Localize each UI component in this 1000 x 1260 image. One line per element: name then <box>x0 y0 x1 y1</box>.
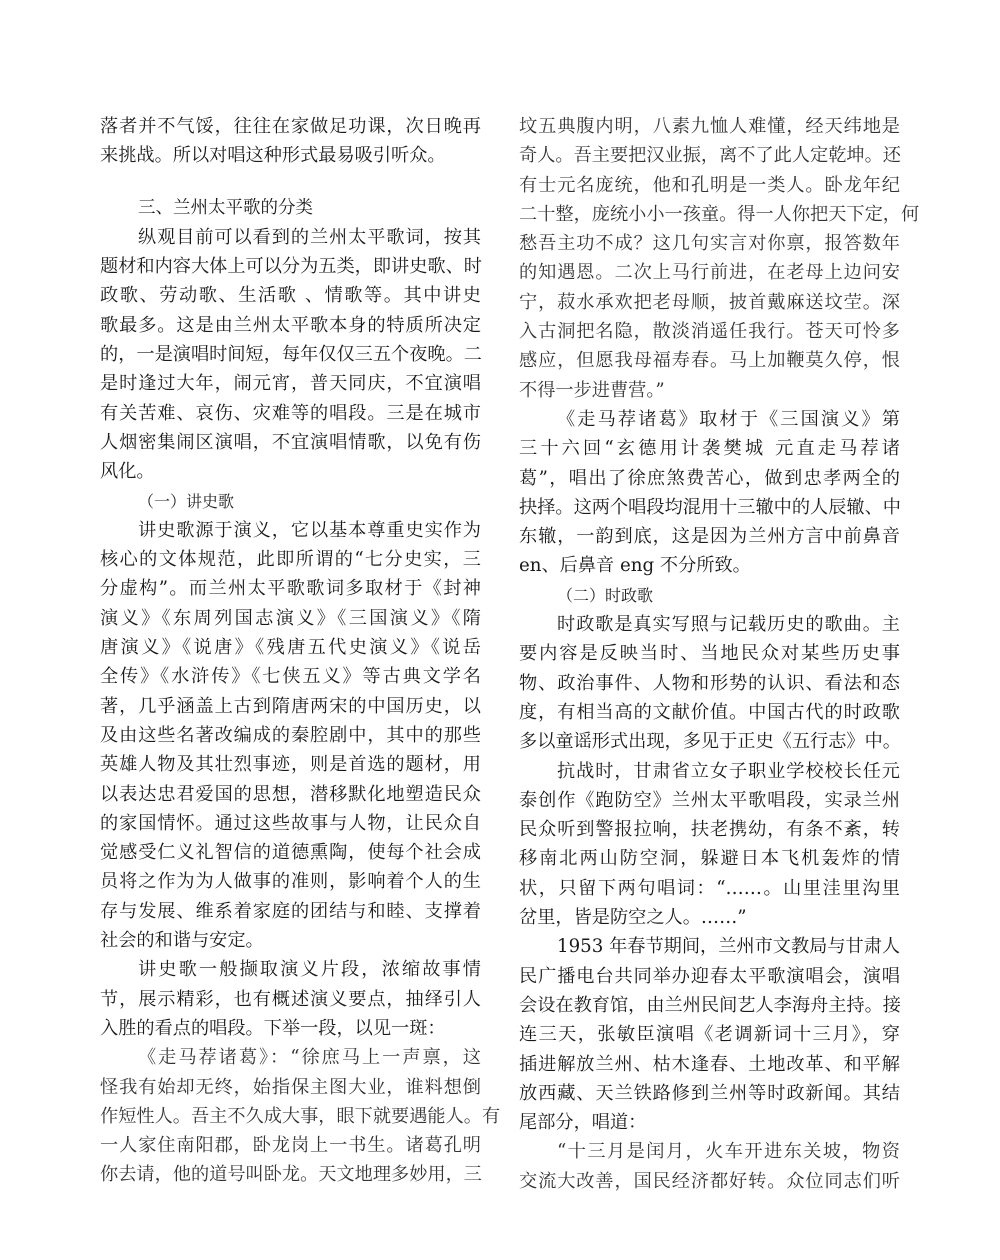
paragraph-last-line: en、后鼻音 eng 不分所致。 <box>519 551 900 580</box>
left-column: 落者并不气馁，往往在家做足功课，次日晚再来挑战。所以对唱这种形式最易吸引听众。三… <box>100 112 481 1190</box>
text-line: 状，只留下两句唱词：“……。山里洼里沟里 <box>519 874 900 903</box>
text-line: 歌最多。这是由兰州太平歌本身的特质所决定 <box>100 311 481 340</box>
paragraph-first-line: 讲史歌一般撷取演义片段，浓缩故事情 <box>100 955 481 984</box>
text-line: 连三天，张敏臣演唱《老调新词十三月》，穿 <box>519 1020 900 1049</box>
text-line: 节，展示精彩，也有概述演义要点，抽绎引人 <box>100 985 481 1014</box>
text-line: 人烟密集闹区演唱，不宜演唱情歌，以免有伤 <box>100 428 481 457</box>
paragraph-last-line: 风化。 <box>100 457 481 486</box>
text-line: 员将之作为为人做事的准则，影响着个人的生 <box>100 867 481 896</box>
text-line: 泰创作《跑防空》兰州太平歌唱段，实录兰州 <box>519 786 900 815</box>
paragraph-last-line: 来挑战。所以对唱这种形式最易吸引听众。 <box>100 141 481 170</box>
text-line: 要内容是反映当时、当地民众对某些历史事 <box>519 639 900 668</box>
paragraph-first-line: 《走马荐诸葛》取材于《三国演义》第 <box>519 405 900 434</box>
text-line: 著，几乎涵盖上古到隋唐两宋的中国历史，以 <box>100 692 481 721</box>
text-line: 移南北两山防空洞，躲避日本飞机轰炸的情 <box>519 844 900 873</box>
text-line: 觉感受仁义礼智信的道德熏陶，使每个社会成 <box>100 838 481 867</box>
text-line: 度，有相当高的文献价值。中国古代的时政歌 <box>519 698 900 727</box>
quote-line: 宁，菽水承欢把老母顺，披首戴麻送坟茔。深 <box>519 288 900 317</box>
text-line: 题材和内容大体上可以分为五类，即讲史歌、时 <box>100 252 481 281</box>
paragraph-first-line: 纵观目前可以看到的兰州太平歌词，按其 <box>100 223 481 252</box>
text-line: 全传》《水浒传》《七侠五义》等古典文学名 <box>100 662 481 691</box>
paragraph-last-line: 入胜的看点的唱段。下举一段，以见一斑： <box>100 1014 481 1043</box>
text-line: 放西藏、天兰铁路修到兰州等时政新闻。其结 <box>519 1079 900 1108</box>
quote-last-line: 不得一步进曹营。” <box>519 376 900 405</box>
paragraph-last-line: 多以童谣形式出现，多见于正史《五行志》中。 <box>519 727 900 756</box>
text-line: 有关苦难、哀伤、灾难等的唱段。三是在城市 <box>100 399 481 428</box>
text-line: 分虚构”。而兰州太平歌歌词多取材于《封神 <box>100 574 481 603</box>
text-line: 抉择。这两个唱段均混用十三辙中的人辰辙、中 <box>519 493 900 522</box>
quote-line: 入古洞把名隐，散淡消遥任我行。苍天可怜多 <box>519 317 900 346</box>
text-line: 三十六回“玄德用计袭樊城 元直走马荐诸 <box>519 434 900 463</box>
text-line: 物、政治事件、人物和形势的认识、看法和态 <box>519 669 900 698</box>
paragraph-last-line: 尾部分，唱道： <box>519 1108 900 1137</box>
right-column: 坟五典腹内明，八素九恤人难懂，经天纬地是奇人。吾主要把汉业振，离不了此人定乾坤。… <box>519 112 900 1196</box>
text-line: 插进解放兰州、枯木逢春、土地改革、和平解 <box>519 1050 900 1079</box>
quote-line: 坟五典腹内明，八素九恤人难懂，经天纬地是 <box>519 112 900 141</box>
quote-line: 一人家住南阳郡，卧龙岗上一书生。诸葛孔明 <box>100 1131 481 1160</box>
quote-line: 感应，但愿我母福寿春。马上加鞭莫久停，恨 <box>519 346 900 375</box>
quote-first-line: “十三月是闰月，火车开进东关坡，物资 <box>519 1137 900 1166</box>
quote-first-line: 《走马荐诸葛》：“徐庶马上一声禀，这 <box>100 1043 481 1072</box>
quote-line: 交流大改善，国民经济都好转。众位同志们听 <box>519 1167 900 1196</box>
text-line: 存与发展、维系着家庭的团结与和睦、支撑着 <box>100 897 481 926</box>
section-heading: 三、兰州太平歌的分类 <box>100 194 481 223</box>
paragraph-first-line: 1953 年春节期间，兰州市文教局与甘肃人 <box>519 932 900 961</box>
quote-line: 有士元名庞统，他和孔明是一类人。卧龙年纪 <box>519 171 900 200</box>
text-line: 核心的文体规范，此即所谓的“七分史实，三 <box>100 545 481 574</box>
text-line: 是时逢过大年，闹元宵，普天同庆，不宜演唱 <box>100 369 481 398</box>
text-line: 会设在教育馆，由兰州民间艺人李海舟主持。接 <box>519 991 900 1020</box>
text-line: 政歌、劳动歌、生活歌 、情歌等。其中讲史 <box>100 281 481 310</box>
quote-line: 愁吾主功不成？这几句实言对你禀，报答数年 <box>519 229 900 258</box>
quote-line: 怪我有始却无终，始指保主图大业，谁料想倒 <box>100 1073 481 1102</box>
paragraph-first-line: 抗战时，甘肃省立女子职业学校校长任元 <box>519 757 900 786</box>
paragraph-first-line: 讲史歌源于演义，它以基本尊重史实作为 <box>100 516 481 545</box>
paragraph-last-line: 岔里，皆是防空之人。……” <box>519 903 900 932</box>
text-line: 演义》《东周列国志演义》《三国演义》《隋 <box>100 604 481 633</box>
paragraph-first-line: 时政歌是真实写照与记载历史的歌曲。主 <box>519 610 900 639</box>
quote-line: 的知遇恩。二次上马行前进，在老母上边问安 <box>519 258 900 287</box>
quote-line: 奇人。吾主要把汉业振，离不了此人定乾坤。还 <box>519 141 900 170</box>
quote-line: 二十整，庞统小小一孩童。得一人你把天下定，何 <box>519 200 900 229</box>
quote-line: 作短性人。吾主不久成大事，眼下就要遇能人。有 <box>100 1102 481 1131</box>
text-line: 葛”，唱出了徐庶煞费苦心，做到忠孝两全的 <box>519 464 900 493</box>
subsection-heading: （一）讲史歌 <box>100 487 481 516</box>
text-line: 及由这些名著改编成的秦腔剧中，其中的那些 <box>100 721 481 750</box>
quote-line: 你去请，他的道号叫卧龙。天文地理多妙用，三 <box>100 1160 481 1189</box>
text-line: 的，一是演唱时间短，每年仅仅三五个夜晚。二 <box>100 340 481 369</box>
text-line: 民众听到警报拉响，扶老携幼，有条不紊，转 <box>519 815 900 844</box>
text-line: 的家国情怀。通过这些故事与人物，让民众自 <box>100 809 481 838</box>
text-line: 英雄人物及其壮烈事迹，则是首选的题材，用 <box>100 750 481 779</box>
paragraph-last-line: 社会的和谐与安定。 <box>100 926 481 955</box>
text-line: 落者并不气馁，往往在家做足功课，次日晚再 <box>100 112 481 141</box>
paragraph-gap <box>100 171 481 194</box>
text-line: 唐演义》《说唐》《残唐五代史演义》《说岳 <box>100 633 481 662</box>
text-line: 以表达忠君爱国的思想，潜移默化地塑造民众 <box>100 780 481 809</box>
text-line: 民广播电台共同举办迎春太平歌演唱会，演唱 <box>519 962 900 991</box>
text-line: 东辙，一韵到底，这是因为兰州方言中前鼻音 <box>519 522 900 551</box>
subsection-heading: （二）时政歌 <box>519 581 900 610</box>
